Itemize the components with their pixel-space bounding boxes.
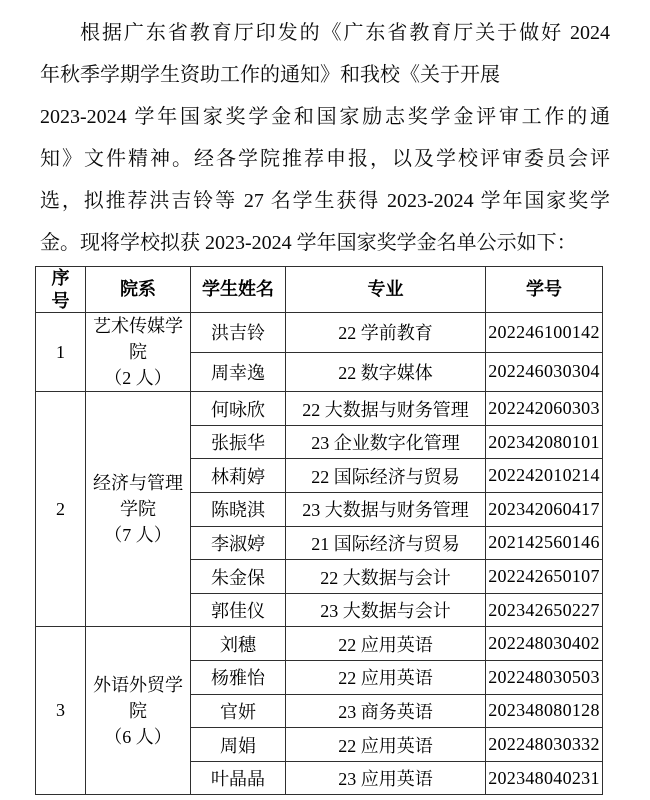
student-id-cell: 202246100142 (486, 313, 603, 353)
student-name-cell: 周幸逸 (191, 352, 286, 392)
column-header: 院系 (86, 267, 191, 313)
major-cell: 23 应用英语 (286, 761, 486, 795)
student-id-cell: 202342060417 (486, 493, 603, 527)
student-id-cell: 202348080128 (486, 694, 603, 728)
student-row: 1艺术传媒学院 （2 人）洪吉铃22 学前教育202246100142 (36, 313, 603, 353)
major-cell: 23 商务英语 (286, 694, 486, 728)
student-name-cell: 洪吉铃 (191, 313, 286, 353)
major-cell: 22 大数据与会计 (286, 560, 486, 594)
scholarship-table: 序号院系学生姓名专业学号 1艺术传媒学院 （2 人）洪吉铃22 学前教育2022… (35, 266, 603, 795)
student-row: 3外语外贸学院 （6 人）刘穗22 应用英语202248030402 (36, 627, 603, 661)
paragraph-line: 2023-2024 学年国家奖学金和国家励志奖学金评审工作的通 (40, 96, 610, 138)
major-cell: 23 企业数字化管理 (286, 425, 486, 459)
student-id-cell: 202342080101 (486, 425, 603, 459)
major-cell: 22 国际经济与贸易 (286, 459, 486, 493)
major-cell: 22 大数据与财务管理 (286, 392, 486, 426)
major-cell: 23 大数据与会计 (286, 593, 486, 627)
major-cell: 22 数字媒体 (286, 352, 486, 392)
paragraph-line: 选，拟推荐洪吉铃等 27 名学生获得 2023-2024 学年国家奖学 (40, 180, 610, 222)
group-number-cell: 3 (36, 627, 86, 795)
document-page: 根据广东省教育厅印发的《广东省教育厅关于做好 2024年秋季学期学生资助工作的通… (0, 0, 650, 800)
student-id-cell: 202246030304 (486, 352, 603, 392)
major-cell: 21 国际经济与贸易 (286, 526, 486, 560)
student-name-cell: 刘穗 (191, 627, 286, 661)
student-name-cell: 郭佳仪 (191, 593, 286, 627)
major-cell: 22 学前教育 (286, 313, 486, 353)
student-name-cell: 杨雅怡 (191, 661, 286, 695)
student-id-cell: 202248030332 (486, 728, 603, 762)
student-id-cell: 202242650107 (486, 560, 603, 594)
paragraph-line: 知》文件精神。经各学院推荐申报，以及学校评审委员会评 (40, 138, 610, 180)
student-row: 2经济与管理 学院 （7 人）何咏欣22 大数据与财务管理20224206030… (36, 392, 603, 426)
table-header-row: 序号院系学生姓名专业学号 (36, 267, 603, 313)
group-number-cell: 2 (36, 392, 86, 627)
table-body: 1艺术传媒学院 （2 人）洪吉铃22 学前教育202246100142周幸逸22… (36, 313, 603, 795)
student-id-cell: 202242010214 (486, 459, 603, 493)
student-name-cell: 叶晶晶 (191, 761, 286, 795)
intro-paragraph: 根据广东省教育厅印发的《广东省教育厅关于做好 2024年秋季学期学生资助工作的通… (40, 12, 610, 264)
paragraph-line: 金。现将学校拟获 2023-2024 学年国家奖学金名单公示如下： (40, 222, 610, 264)
student-id-cell: 202348040231 (486, 761, 603, 795)
major-cell: 22 应用英语 (286, 627, 486, 661)
paragraph-line: 年秋季学期学生资助工作的通知》和我校《关于开展 (40, 54, 610, 96)
department-cell: 外语外贸学院 （6 人） (86, 627, 191, 795)
major-cell: 22 应用英语 (286, 661, 486, 695)
group-number-cell: 1 (36, 313, 86, 392)
column-header: 学生姓名 (191, 267, 286, 313)
column-header: 学号 (486, 267, 603, 313)
department-cell: 艺术传媒学院 （2 人） (86, 313, 191, 392)
column-header: 专业 (286, 267, 486, 313)
student-name-cell: 周娟 (191, 728, 286, 762)
student-id-cell: 202248030402 (486, 627, 603, 661)
student-id-cell: 202242060303 (486, 392, 603, 426)
paragraph-line: 根据广东省教育厅印发的《广东省教育厅关于做好 2024 (40, 12, 610, 54)
student-id-cell: 202248030503 (486, 661, 603, 695)
student-name-cell: 陈晓淇 (191, 493, 286, 527)
major-cell: 23 大数据与财务管理 (286, 493, 486, 527)
student-id-cell: 202142560146 (486, 526, 603, 560)
student-name-cell: 林莉婷 (191, 459, 286, 493)
student-id-cell: 202342650227 (486, 593, 603, 627)
column-header: 序号 (36, 267, 86, 313)
department-cell: 经济与管理 学院 （7 人） (86, 392, 191, 627)
student-name-cell: 李淑婷 (191, 526, 286, 560)
student-name-cell: 朱金保 (191, 560, 286, 594)
student-name-cell: 张振华 (191, 425, 286, 459)
student-name-cell: 官妍 (191, 694, 286, 728)
student-name-cell: 何咏欣 (191, 392, 286, 426)
major-cell: 22 应用英语 (286, 728, 486, 762)
